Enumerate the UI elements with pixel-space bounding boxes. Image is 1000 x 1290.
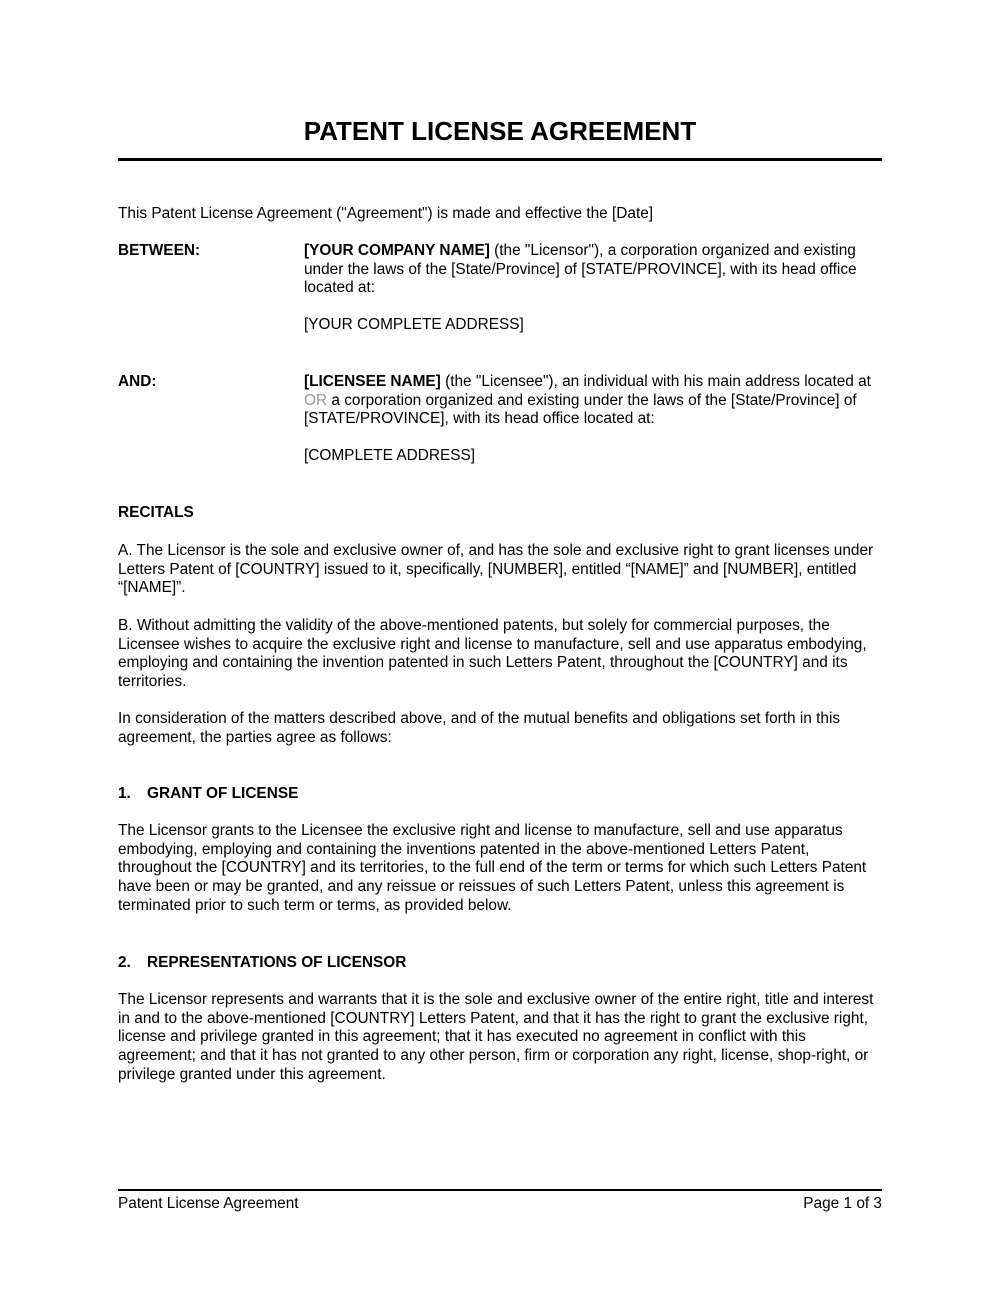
consideration-paragraph: In consideration of the matters describe… — [118, 710, 882, 747]
recitals-heading: RECITALS — [118, 504, 882, 523]
section-1-number: 1. — [118, 785, 147, 804]
footer-divider — [118, 1189, 882, 1191]
document-title: PATENT LICENSE AGREEMENT — [118, 116, 882, 147]
licensee-address: [COMPLETE ADDRESS] — [304, 447, 882, 466]
licensor-address: [YOUR COMPLETE ADDRESS] — [304, 316, 882, 335]
or-placeholder: OR — [304, 392, 327, 409]
party-licensee-body: [LICENSEE NAME] (the "Licensee"), an ind… — [304, 373, 882, 466]
section-2-heading: 2.REPRESENTATIONS OF LICENSOR — [118, 954, 882, 973]
party-licensor-body: [YOUR COMPANY NAME] (the "Licensor"), a … — [304, 242, 882, 335]
licensor-description: [YOUR COMPANY NAME] (the "Licensor"), a … — [304, 242, 882, 298]
section-2-body: The Licensor represents and warrants tha… — [118, 991, 882, 1085]
recital-a: A. The Licensor is the sole and exclusiv… — [118, 542, 882, 598]
title-divider — [118, 158, 882, 161]
party-label-between: BETWEEN: — [118, 242, 200, 260]
recital-b: B. Without admitting the validity of the… — [118, 617, 882, 692]
section-2-number: 2. — [118, 954, 147, 973]
licensee-description: [LICENSEE NAME] (the "Licensee"), an ind… — [304, 373, 882, 429]
party-label-and: AND: — [118, 373, 156, 391]
licensor-name: [YOUR COMPANY NAME] — [304, 242, 490, 259]
intro-paragraph: This Patent License Agreement ("Agreemen… — [118, 205, 882, 224]
footer-page-number: Page 1 of 3 — [803, 1195, 882, 1213]
footer-document-name: Patent License Agreement — [118, 1195, 299, 1213]
licensee-name: [LICENSEE NAME] — [304, 373, 441, 390]
section-1-body: The Licensor grants to the Licensee the … — [118, 822, 882, 916]
section-1-heading: 1.GRANT OF LICENSE — [118, 785, 882, 804]
